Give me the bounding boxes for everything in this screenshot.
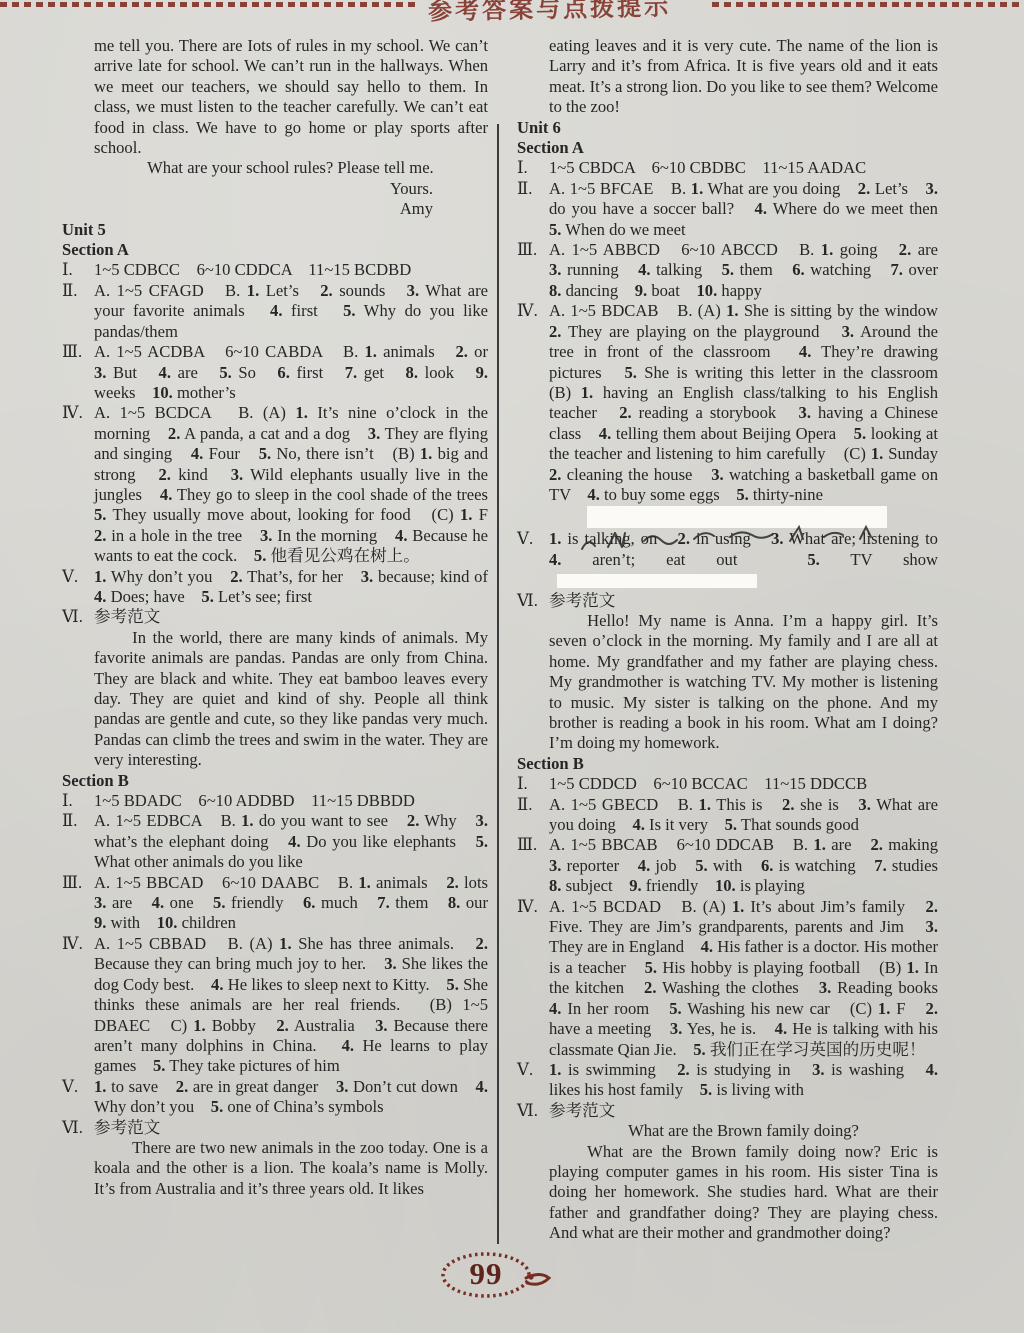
header-title: 参考答案与点拨提示 <box>428 0 672 27</box>
page-number: 99 <box>448 1256 524 1292</box>
header-dashed-rule-right <box>712 2 1024 7</box>
roman-numeral-label: Ⅰ. <box>62 260 94 280</box>
paragraph: me tell you. There are Iots of rules in … <box>94 36 488 158</box>
answer-item: Ⅵ.参考范文 <box>62 1118 488 1138</box>
answer-text: A. 1~5 BCDAD B. (A) 1. It’s about Jim’s … <box>549 897 938 1060</box>
answer-item: Ⅰ.1~5 BDADC 6~10 ADDBD 11~15 DBBDD <box>62 791 488 811</box>
answer-text: 1~5 CBDCA 6~10 CBDBC 11~15 AADAC <box>549 158 938 178</box>
answer-item: Ⅳ.A. 1~5 BDCAB B. (A) 1. She is sitting … <box>517 301 938 505</box>
scanned-page: 参考答案与点拨提示 me tell you. There are Iots of… <box>0 0 1024 1333</box>
paragraph: There are two new animals in the zoo tod… <box>94 1138 488 1199</box>
answer-item: Ⅴ.1. to save 2. are in great danger 3. D… <box>62 1077 488 1118</box>
roman-numeral-label: Ⅴ. <box>62 567 94 608</box>
answer-text: A. 1~5 GBECD B. 1. This is 2. she is 3. … <box>549 795 938 836</box>
answer-item: Ⅰ.1~5 CDBCC 6~10 CDDCA 11~15 BCDBD <box>62 260 488 280</box>
roman-numeral-label: Ⅰ. <box>62 791 94 811</box>
answer-item: Ⅵ.参考范文 <box>517 1101 938 1121</box>
answer-item: Ⅵ.参考范文 <box>62 607 488 627</box>
paragraph: In the world, there are many kinds of an… <box>94 628 488 771</box>
answer-text: A. 1~5 BCDCA B. (A) 1. It’s nine o’clock… <box>94 403 488 566</box>
answer-text: 1. to save 2. are in great danger 3. Don… <box>94 1077 488 1118</box>
roman-numeral-label: Ⅵ. <box>62 1118 94 1138</box>
answer-text: A. 1~5 CBBAD B. (A) 1. She has three ani… <box>94 934 488 1077</box>
roman-numeral-label: Ⅳ. <box>517 301 549 505</box>
answer-item: Ⅵ.参考范文 <box>517 591 938 611</box>
answer-item: Ⅱ.A. 1~5 BFCAE B. 1. What are you doing … <box>517 179 938 240</box>
answer-item: Ⅳ.A. 1~5 BCDCA B. (A) 1. It’s nine o’clo… <box>62 403 488 566</box>
roman-numeral-label: Ⅳ. <box>62 403 94 566</box>
answer-item: Ⅱ.A. 1~5 EDBCA B. 1. do you want to see … <box>62 811 488 872</box>
paragraph: What are the Brown family doing now? Eri… <box>549 1142 938 1244</box>
paragraph: eating leaves and it is very cute. The n… <box>549 36 938 118</box>
answer-text: A. 1~5 BBCAB 6~10 DDCAB B. 1. are 2. mak… <box>549 835 938 896</box>
right-column: eating leaves and it is very cute. The n… <box>517 36 938 1244</box>
roman-numeral-label: Ⅱ. <box>517 179 549 240</box>
answer-item: Ⅲ.A. 1~5 ABBCD 6~10 ABCCD B. 1. going 2.… <box>517 240 938 301</box>
answer-text: 参考范文 <box>94 1118 488 1138</box>
roman-numeral-label: Ⅲ. <box>517 835 549 896</box>
answer-item: Ⅲ.A. 1~5 BBCAB 6~10 DDCAB B. 1. are 2. m… <box>517 835 938 896</box>
section-heading: Section B <box>517 754 938 774</box>
roman-numeral-label: Ⅵ. <box>517 1101 549 1121</box>
section-heading: Unit 5 <box>62 220 488 240</box>
left-column: me tell you. There are Iots of rules in … <box>62 36 488 1199</box>
whiteout-patch <box>557 574 757 588</box>
pen-scribble-marks <box>572 511 902 555</box>
answer-item: Ⅱ.A. 1~5 GBECD B. 1. This is 2. she is 3… <box>517 795 938 836</box>
answer-item: Ⅴ.1. is swimming 2. is studying in 3. is… <box>517 1060 938 1101</box>
roman-numeral-label: Ⅳ. <box>62 934 94 1077</box>
section-heading: Section B <box>62 771 488 791</box>
roman-numeral-label: Ⅲ. <box>517 240 549 301</box>
essay-title: What are the Brown family doing? <box>549 1121 938 1141</box>
answer-text: 1~5 BDADC 6~10 ADDBD 11~15 DBBDD <box>94 791 488 811</box>
answer-text: A. 1~5 CFAGD B. 1. Let’s 2. sounds 3. Wh… <box>94 281 488 342</box>
roman-numeral-label: Ⅴ. <box>517 529 549 590</box>
section-heading: Unit 6 <box>517 118 938 138</box>
roman-numeral-label: Ⅰ. <box>517 158 549 178</box>
roman-numeral-label: Ⅳ. <box>517 897 549 1060</box>
answer-text: A. 1~5 BFCAE B. 1. What are you doing 2.… <box>549 179 938 240</box>
answer-text: A. 1~5 ACDBA 6~10 CABDA B. 1. animals 2.… <box>94 342 488 403</box>
answer-text: 1~5 CDBCC 6~10 CDDCA 11~15 BCDBD <box>94 260 488 280</box>
section-heading: Section A <box>62 240 488 260</box>
answer-item: Ⅳ.A. 1~5 BCDAD B. (A) 1. It’s about Jim’… <box>517 897 938 1060</box>
answer-text: A. 1~5 BDCAB B. (A) 1. She is sitting by… <box>549 301 938 505</box>
answer-text: A. 1~5 EDBCA B. 1. do you want to see 2.… <box>94 811 488 872</box>
roman-numeral-label: Ⅱ. <box>517 795 549 836</box>
answer-item: Ⅱ.A. 1~5 CFAGD B. 1. Let’s 2. sounds 3. … <box>62 281 488 342</box>
answer-item: Ⅲ.A. 1~5 ACDBA 6~10 CABDA B. 1. animals … <box>62 342 488 403</box>
roman-numeral-label: Ⅱ. <box>62 811 94 872</box>
roman-numeral-label: Ⅰ. <box>517 774 549 794</box>
roman-numeral-label: Ⅲ. <box>62 342 94 403</box>
paragraph: What are your school rules? Please tell … <box>94 158 488 178</box>
answer-text: 1. Why don’t you 2. That’s, for her 3. b… <box>94 567 488 608</box>
answer-text: 参考范文 <box>549 591 938 611</box>
answer-item: Ⅴ.1. Why don’t you 2. That’s, for her 3.… <box>62 567 488 608</box>
signature-line: Yours. <box>62 179 488 199</box>
section-heading: Section A <box>517 138 938 158</box>
answer-text: A. 1~5 BBCAD 6~10 DAABC B. 1. animals 2.… <box>94 873 488 934</box>
roman-numeral-label: Ⅲ. <box>62 873 94 934</box>
answer-item: Ⅳ.A. 1~5 CBBAD B. (A) 1. She has three a… <box>62 934 488 1077</box>
answer-item: Ⅰ.1~5 CDDCD 6~10 BCCAC 11~15 DDCCB <box>517 774 938 794</box>
whiteout-gap <box>517 505 938 529</box>
answer-text: A. 1~5 ABBCD 6~10 ABCCD B. 1. going 2. a… <box>549 240 938 301</box>
answer-text: 1~5 CDDCD 6~10 BCCAC 11~15 DDCCB <box>549 774 938 794</box>
page-number-badge: 99 <box>436 1248 558 1306</box>
answer-text: 1. is swimming 2. is studying in 3. is w… <box>549 1060 938 1101</box>
column-divider <box>497 124 499 1244</box>
roman-numeral-label: Ⅴ. <box>62 1077 94 1118</box>
roman-numeral-label: Ⅱ. <box>62 281 94 342</box>
answer-text: 参考范文 <box>94 607 488 627</box>
roman-numeral-label: Ⅵ. <box>517 591 549 611</box>
answer-item: Ⅲ.A. 1~5 BBCAD 6~10 DAABC B. 1. animals … <box>62 873 488 934</box>
roman-numeral-label: Ⅴ. <box>517 1060 549 1101</box>
roman-numeral-label: Ⅵ. <box>62 607 94 627</box>
paragraph: Hello! My name is Anna. I’m a happy girl… <box>549 611 938 754</box>
answer-text: 参考范文 <box>549 1101 938 1121</box>
signature-line: Amy <box>62 199 488 219</box>
answer-item: Ⅰ.1~5 CBDCA 6~10 CBDBC 11~15 AADAC <box>517 158 938 178</box>
header-dashed-rule-left <box>0 2 418 7</box>
